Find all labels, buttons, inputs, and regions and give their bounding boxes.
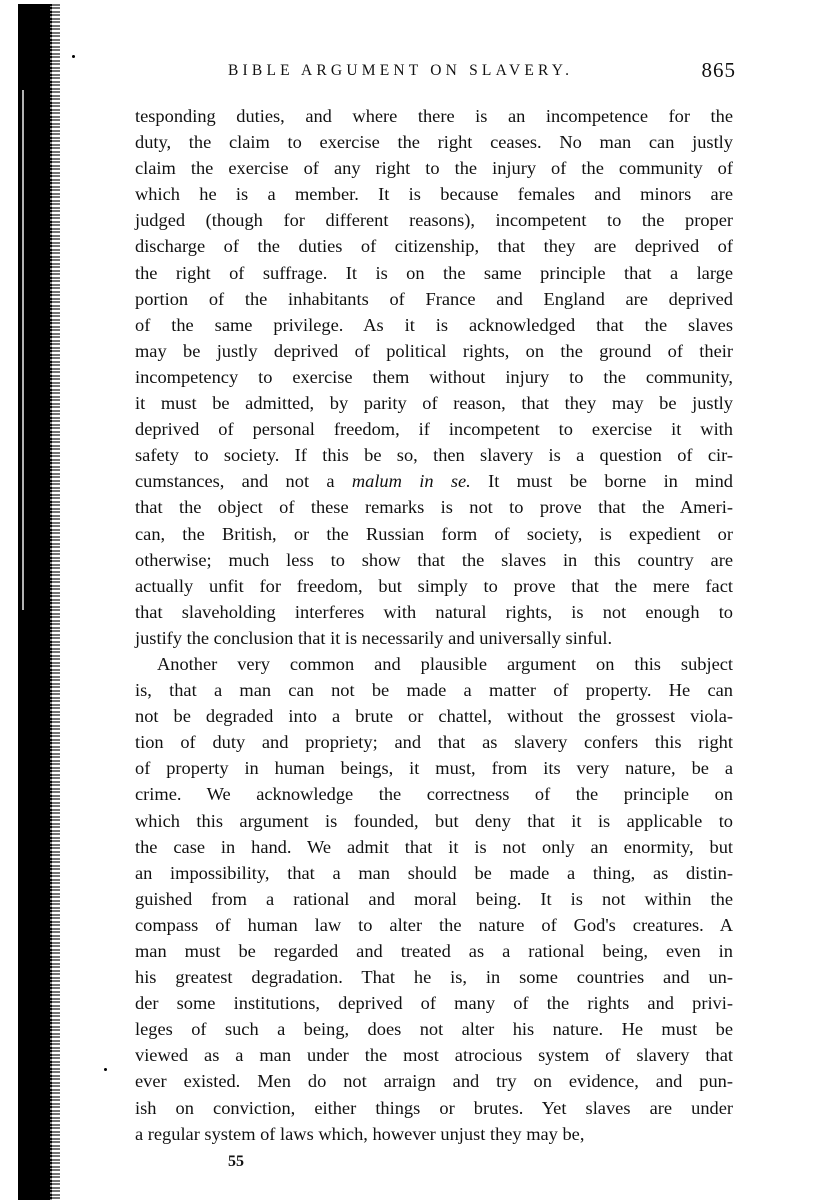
scan-speck (104, 1068, 107, 1071)
text-line: viewed as a man under the most atrocious… (135, 1042, 733, 1068)
text-line: the case in hand. We admit that it is no… (135, 834, 733, 860)
text-line: leges of such a being, does not alter hi… (135, 1016, 733, 1042)
running-head-title: BIBLE ARGUMENT ON SLAVERY. (228, 62, 573, 80)
text-line: which this argument is founded, but deny… (135, 808, 733, 834)
text-line: which he is a member. It is because fema… (135, 181, 733, 207)
text-line: duty, the claim to exercise the right ce… (135, 129, 733, 155)
text-line: that slaveholding interferes with natura… (135, 599, 733, 625)
text-line: may be justly deprived of political righ… (135, 338, 733, 364)
scan-speck (72, 55, 75, 58)
text-line: judged (though for different reasons), i… (135, 207, 733, 233)
text-line: is, that a man can not be made a matter … (135, 677, 733, 703)
text-line: ever existed. Men do not arraign and try… (135, 1068, 733, 1094)
text-line: Another very common and plausible argume… (135, 651, 733, 677)
text-line: safety to society. If this be so, then s… (135, 442, 733, 468)
text-line: claim the exercise of any right to the i… (135, 155, 733, 181)
text-line: not be degraded into a brute or chattel,… (135, 703, 733, 729)
text-line: justify the conclusion that it is necess… (135, 625, 733, 651)
text-line: crime. We acknowledge the correctness of… (135, 781, 733, 807)
text-line: ish on conviction, either things or brut… (135, 1095, 733, 1121)
text-line: portion of the inhabitants of France and… (135, 286, 733, 312)
binding-highlight (22, 90, 24, 610)
body-text: tesponding duties, and where there is an… (135, 103, 733, 1147)
text-line: it must be admitted, by parity of reason… (135, 390, 733, 416)
text-line: deprived of personal freedom, if incompe… (135, 416, 733, 442)
signature-mark: 55 (228, 1153, 244, 1171)
text-line: his greatest degradation. That he is, in… (135, 964, 733, 990)
text-line: can, the British, or the Russian form of… (135, 521, 733, 547)
text-line: discharge of the duties of citizenship, … (135, 233, 733, 259)
text-line: compass of human law to alter the nature… (135, 912, 733, 938)
text-line: cumstances, and not a malum in se. It mu… (135, 468, 733, 494)
text-line: that the object of these remarks is not … (135, 494, 733, 520)
text-line: an impossibility, that a man should be m… (135, 860, 733, 886)
text-line: man must be regarded and treated as a ra… (135, 938, 733, 964)
running-head: BIBLE ARGUMENT ON SLAVERY. 865 (228, 58, 736, 88)
text-line: tesponding duties, and where there is an… (135, 103, 733, 129)
text-line: actually unfit for freedom, but simply t… (135, 573, 733, 599)
text-line: of property in human beings, it must, fr… (135, 755, 733, 781)
page-number: 865 (702, 58, 737, 83)
text-line: otherwise; much less to show that the sl… (135, 547, 733, 573)
text-line: of the same privilege. As it is acknowle… (135, 312, 733, 338)
text-line: incompetency to exercise them without in… (135, 364, 733, 390)
text-line: the right of suffrage. It is on the same… (135, 260, 733, 286)
text-line: der some institutions, deprived of many … (135, 990, 733, 1016)
text-line: tion of duty and propriety; and that as … (135, 729, 733, 755)
paragraph: tesponding duties, and where there is an… (135, 103, 733, 651)
text-line: guished from a rational and moral being.… (135, 886, 733, 912)
paragraph: Another very common and plausible argume… (135, 651, 733, 1147)
text-line: a regular system of laws which, however … (135, 1121, 733, 1147)
